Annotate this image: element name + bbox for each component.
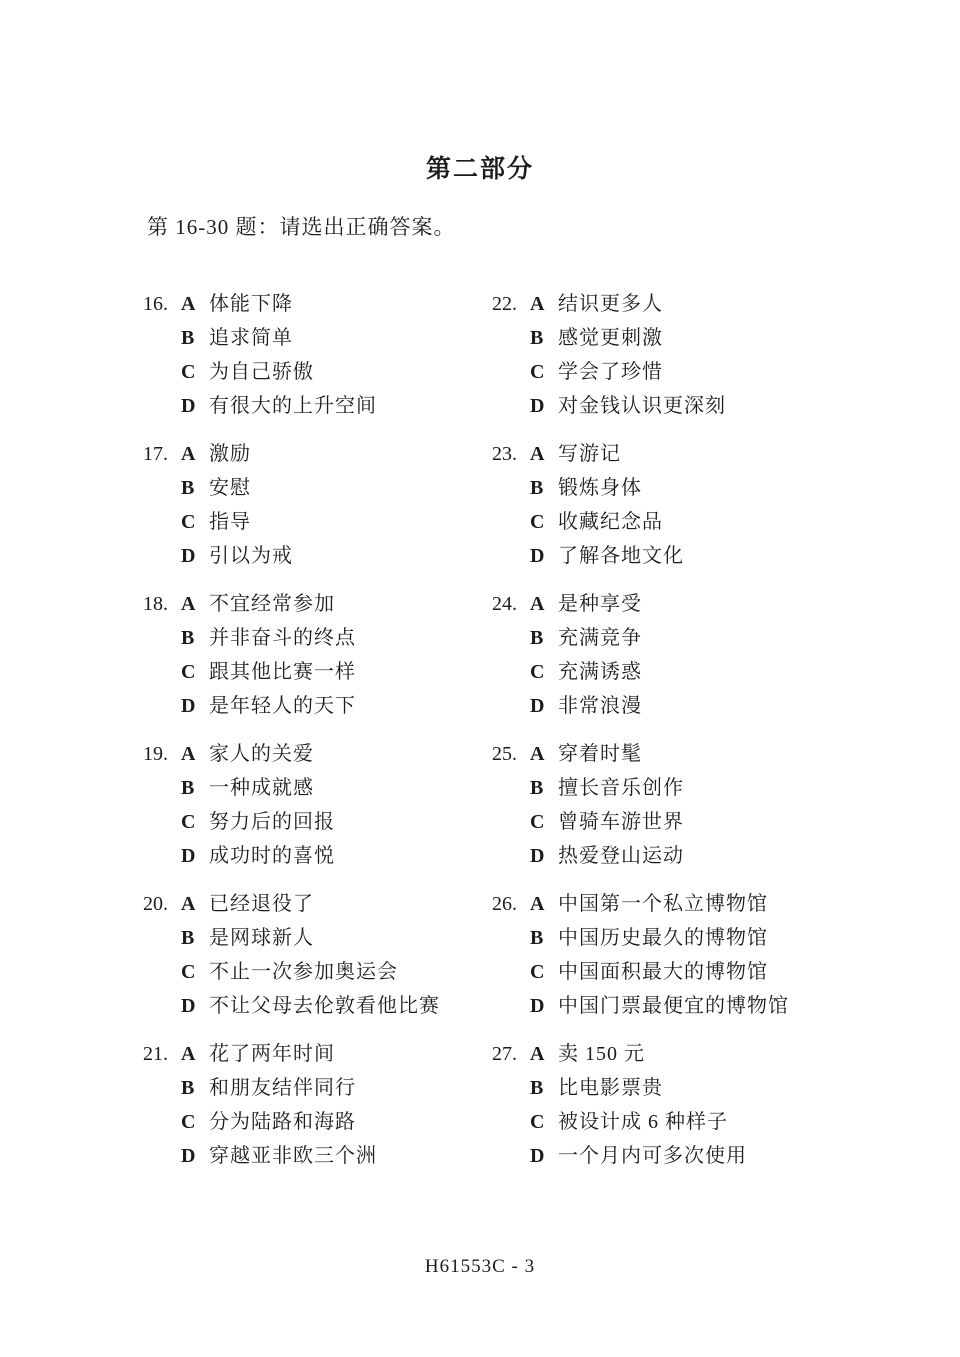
option-letter: D [530, 839, 558, 873]
option-letter: A [181, 587, 209, 621]
question-18: 18. A不宜经常参加 B并非奋斗的终点 C跟其他比赛一样 D是年轻人的天下 [143, 587, 480, 723]
option-d: D了解各地文化 [530, 539, 960, 573]
option-text: 对金钱认识更深刻 [558, 389, 726, 423]
option-text: 感觉更刺激 [558, 321, 663, 355]
option-text: 体能下降 [209, 287, 293, 321]
option-text: 追求简单 [209, 321, 293, 355]
options-list: A写游记 B锻炼身体 C收藏纪念品 D了解各地文化 [530, 437, 960, 573]
exam-page: 第二部分 第 16-30 题：请选出正确答案。 16. A体能下降 B追求简单 … [0, 0, 960, 1357]
option-text: 引以为戒 [209, 539, 293, 573]
option-b: B中国历史最久的博物馆 [530, 921, 960, 955]
questions-area: 16. A体能下降 B追求简单 C为自己骄傲 D有很大的上升空间 17. A激励… [0, 287, 960, 1187]
question-number: 25. [492, 737, 530, 873]
option-text: 被设计成 6 种样子 [558, 1105, 728, 1139]
option-text: 不止一次参加奥运会 [209, 955, 398, 989]
question-21: 21. A花了两年时间 B和朋友结伴同行 C分为陆路和海路 D穿越亚非欧三个洲 [143, 1037, 480, 1173]
option-text: 充满诱惑 [558, 655, 642, 689]
option-text: 收藏纪念品 [558, 505, 663, 539]
question-24: 24. A是种享受 B充满竞争 C充满诱惑 D非常浪漫 [492, 587, 960, 723]
option-letter: A [181, 737, 209, 771]
option-text: 花了两年时间 [209, 1037, 335, 1071]
option-c: C中国面积最大的博物馆 [530, 955, 960, 989]
option-c: C跟其他比赛一样 [181, 655, 480, 689]
option-c: C为自己骄傲 [181, 355, 480, 389]
options-list: A是种享受 B充满竞争 C充满诱惑 D非常浪漫 [530, 587, 960, 723]
option-a: A花了两年时间 [181, 1037, 480, 1071]
option-letter: C [181, 355, 209, 389]
option-d: D对金钱认识更深刻 [530, 389, 960, 423]
option-a: A家人的关爱 [181, 737, 480, 771]
section-title: 第二部分 [0, 0, 960, 185]
question-17: 17. A激励 B安慰 C指导 D引以为戒 [143, 437, 480, 573]
option-letter: D [530, 1139, 558, 1173]
option-text: 比电影票贵 [558, 1071, 663, 1105]
option-a: A写游记 [530, 437, 960, 471]
option-text: 擅长音乐创作 [558, 771, 684, 805]
question-25: 25. A穿着时髦 B擅长音乐创作 C曾骑车游世界 D热爱登山运动 [492, 737, 960, 873]
option-letter: B [181, 621, 209, 655]
options-list: A花了两年时间 B和朋友结伴同行 C分为陆路和海路 D穿越亚非欧三个洲 [181, 1037, 480, 1173]
option-letter: B [181, 921, 209, 955]
question-27: 27. A卖 150 元 B比电影票贵 C被设计成 6 种样子 D一个月内可多次… [492, 1037, 960, 1173]
option-b: B一种成就感 [181, 771, 480, 805]
option-letter: B [181, 321, 209, 355]
question-number: 21. [143, 1037, 181, 1173]
option-text: 了解各地文化 [558, 539, 684, 573]
option-text: 跟其他比赛一样 [209, 655, 356, 689]
option-b: B锻炼身体 [530, 471, 960, 505]
option-text: 充满竞争 [558, 621, 642, 655]
question-number: 23. [492, 437, 530, 573]
page-footer-code: H61553C - 3 [0, 1256, 960, 1278]
option-a: A穿着时髦 [530, 737, 960, 771]
option-text: 是种享受 [558, 587, 642, 621]
option-letter: C [530, 955, 558, 989]
question-26: 26. A中国第一个私立博物馆 B中国历史最久的博物馆 C中国面积最大的博物馆 … [492, 887, 960, 1023]
options-list: A已经退役了 B是网球新人 C不止一次参加奥运会 D不让父母去伦敦看他比赛 [181, 887, 480, 1023]
option-letter: D [530, 539, 558, 573]
option-letter: B [530, 321, 558, 355]
options-list: A家人的关爱 B一种成就感 C努力后的回报 D成功时的喜悦 [181, 737, 480, 873]
option-letter: B [530, 621, 558, 655]
question-number: 22. [492, 287, 530, 423]
option-text: 一个月内可多次使用 [558, 1139, 747, 1173]
option-c: C学会了珍惜 [530, 355, 960, 389]
option-letter: B [181, 1071, 209, 1105]
question-23: 23. A写游记 B锻炼身体 C收藏纪念品 D了解各地文化 [492, 437, 960, 573]
option-letter: D [530, 989, 558, 1023]
option-letter: A [181, 887, 209, 921]
option-text: 结识更多人 [558, 287, 663, 321]
option-text: 分为陆路和海路 [209, 1105, 356, 1139]
option-a: A激励 [181, 437, 480, 471]
option-a: A不宜经常参加 [181, 587, 480, 621]
option-text: 是年轻人的天下 [209, 689, 356, 723]
question-number: 16. [143, 287, 181, 423]
options-list: A穿着时髦 B擅长音乐创作 C曾骑车游世界 D热爱登山运动 [530, 737, 960, 873]
question-number: 19. [143, 737, 181, 873]
option-text: 不让父母去伦敦看他比赛 [209, 989, 440, 1023]
option-d: D一个月内可多次使用 [530, 1139, 960, 1173]
option-text: 成功时的喜悦 [209, 839, 335, 873]
option-text: 卖 150 元 [558, 1037, 645, 1071]
option-b: B充满竞争 [530, 621, 960, 655]
options-list: A结识更多人 B感觉更刺激 C学会了珍惜 D对金钱认识更深刻 [530, 287, 960, 423]
option-letter: A [181, 1037, 209, 1071]
option-letter: A [530, 437, 558, 471]
option-c: C曾骑车游世界 [530, 805, 960, 839]
question-number: 17. [143, 437, 181, 573]
option-letter: C [181, 805, 209, 839]
options-list: A体能下降 B追求简单 C为自己骄傲 D有很大的上升空间 [181, 287, 480, 423]
option-text: 指导 [209, 505, 251, 539]
option-b: B比电影票贵 [530, 1071, 960, 1105]
option-text: 有很大的上升空间 [209, 389, 377, 423]
option-text: 为自己骄傲 [209, 355, 314, 389]
option-text: 穿越亚非欧三个洲 [209, 1139, 377, 1173]
option-d: D是年轻人的天下 [181, 689, 480, 723]
option-letter: A [181, 287, 209, 321]
option-c: C不止一次参加奥运会 [181, 955, 480, 989]
option-letter: C [181, 1105, 209, 1139]
option-text: 中国面积最大的博物馆 [558, 955, 768, 989]
option-d: D热爱登山运动 [530, 839, 960, 873]
option-letter: B [181, 471, 209, 505]
option-letter: C [181, 505, 209, 539]
option-text: 安慰 [209, 471, 251, 505]
option-text: 一种成就感 [209, 771, 314, 805]
question-number: 20. [143, 887, 181, 1023]
option-letter: D [181, 539, 209, 573]
option-letter: D [181, 389, 209, 423]
question-number: 18. [143, 587, 181, 723]
option-text: 中国第一个私立博物馆 [558, 887, 768, 921]
option-letter: D [181, 1139, 209, 1173]
option-d: D成功时的喜悦 [181, 839, 480, 873]
options-list: A中国第一个私立博物馆 B中国历史最久的博物馆 C中国面积最大的博物馆 D中国门… [530, 887, 960, 1023]
option-text: 写游记 [558, 437, 621, 471]
option-a: A是种享受 [530, 587, 960, 621]
option-letter: B [530, 471, 558, 505]
question-number: 26. [492, 887, 530, 1023]
option-letter: B [530, 921, 558, 955]
option-b: B安慰 [181, 471, 480, 505]
option-a: A卖 150 元 [530, 1037, 960, 1071]
questions-column-left: 16. A体能下降 B追求简单 C为自己骄傲 D有很大的上升空间 17. A激励… [0, 287, 480, 1187]
option-letter: D [181, 689, 209, 723]
option-a: A体能下降 [181, 287, 480, 321]
option-letter: C [530, 355, 558, 389]
option-letter: C [181, 955, 209, 989]
option-b: B感觉更刺激 [530, 321, 960, 355]
option-letter: C [530, 805, 558, 839]
option-c: C努力后的回报 [181, 805, 480, 839]
question-20: 20. A已经退役了 B是网球新人 C不止一次参加奥运会 D不让父母去伦敦看他比… [143, 887, 480, 1023]
option-letter: D [181, 989, 209, 1023]
option-letter: D [181, 839, 209, 873]
option-text: 学会了珍惜 [558, 355, 663, 389]
question-number: 24. [492, 587, 530, 723]
option-a: A已经退役了 [181, 887, 480, 921]
option-letter: D [530, 689, 558, 723]
options-list: A激励 B安慰 C指导 D引以为戒 [181, 437, 480, 573]
option-letter: A [530, 287, 558, 321]
option-c: C被设计成 6 种样子 [530, 1105, 960, 1139]
option-c: C收藏纪念品 [530, 505, 960, 539]
option-text: 穿着时髦 [558, 737, 642, 771]
options-list: A不宜经常参加 B并非奋斗的终点 C跟其他比赛一样 D是年轻人的天下 [181, 587, 480, 723]
option-d: D非常浪漫 [530, 689, 960, 723]
option-text: 中国门票最便宜的博物馆 [558, 989, 789, 1023]
option-text: 曾骑车游世界 [558, 805, 684, 839]
option-text: 锻炼身体 [558, 471, 642, 505]
section-instruction: 第 16-30 题：请选出正确答案。 [147, 211, 960, 241]
option-d: D引以为戒 [181, 539, 480, 573]
option-letter: D [530, 389, 558, 423]
option-d: D中国门票最便宜的博物馆 [530, 989, 960, 1023]
option-b: B和朋友结伴同行 [181, 1071, 480, 1105]
option-d: D不让父母去伦敦看他比赛 [181, 989, 480, 1023]
option-letter: C [181, 655, 209, 689]
option-text: 努力后的回报 [209, 805, 335, 839]
question-16: 16. A体能下降 B追求简单 C为自己骄傲 D有很大的上升空间 [143, 287, 480, 423]
option-a: A结识更多人 [530, 287, 960, 321]
option-letter: A [530, 887, 558, 921]
option-c: C分为陆路和海路 [181, 1105, 480, 1139]
option-c: C充满诱惑 [530, 655, 960, 689]
question-22: 22. A结识更多人 B感觉更刺激 C学会了珍惜 D对金钱认识更深刻 [492, 287, 960, 423]
option-text: 并非奋斗的终点 [209, 621, 356, 655]
option-letter: A [530, 737, 558, 771]
questions-column-right: 22. A结识更多人 B感觉更刺激 C学会了珍惜 D对金钱认识更深刻 23. A… [480, 287, 960, 1187]
option-text: 不宜经常参加 [209, 587, 335, 621]
option-b: B追求简单 [181, 321, 480, 355]
option-text: 家人的关爱 [209, 737, 314, 771]
option-b: B并非奋斗的终点 [181, 621, 480, 655]
option-letter: A [530, 587, 558, 621]
option-d: D穿越亚非欧三个洲 [181, 1139, 480, 1173]
option-text: 热爱登山运动 [558, 839, 684, 873]
option-text: 中国历史最久的博物馆 [558, 921, 768, 955]
option-a: A中国第一个私立博物馆 [530, 887, 960, 921]
option-letter: C [530, 655, 558, 689]
option-letter: C [530, 1105, 558, 1139]
option-c: C指导 [181, 505, 480, 539]
option-text: 激励 [209, 437, 251, 471]
question-19: 19. A家人的关爱 B一种成就感 C努力后的回报 D成功时的喜悦 [143, 737, 480, 873]
option-text: 是网球新人 [209, 921, 314, 955]
option-d: D有很大的上升空间 [181, 389, 480, 423]
options-list: A卖 150 元 B比电影票贵 C被设计成 6 种样子 D一个月内可多次使用 [530, 1037, 960, 1173]
question-number: 27. [492, 1037, 530, 1173]
option-letter: C [530, 505, 558, 539]
option-letter: A [181, 437, 209, 471]
option-b: B擅长音乐创作 [530, 771, 960, 805]
option-b: B是网球新人 [181, 921, 480, 955]
option-letter: B [181, 771, 209, 805]
option-text: 已经退役了 [209, 887, 314, 921]
option-letter: A [530, 1037, 558, 1071]
option-letter: B [530, 771, 558, 805]
option-letter: B [530, 1071, 558, 1105]
option-text: 和朋友结伴同行 [209, 1071, 356, 1105]
option-text: 非常浪漫 [558, 689, 642, 723]
